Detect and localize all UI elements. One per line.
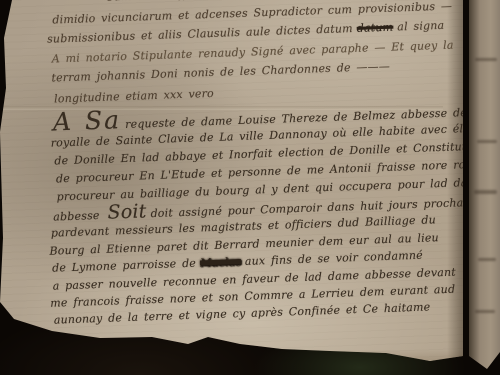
line-text: submissionibus et aliis Clausulis aule d… xyxy=(47,22,353,46)
paragraph-initial: A Sa xyxy=(52,105,121,136)
ink-bleedthrough-mark xyxy=(475,310,495,313)
handwritten-text-block: Cam ana Caffinis Gauja cor mis cum dimid… xyxy=(0,0,469,367)
crossed-out-word: datum xyxy=(357,21,394,35)
adjacent-page-edge xyxy=(469,0,500,369)
ink-bleedthrough-mark xyxy=(477,140,497,143)
ink-bleedthrough-mark xyxy=(474,190,497,194)
manuscript-page: Cam ana Caffinis Gauja cor mis cum dimid… xyxy=(0,0,463,366)
line-text: abbesse xyxy=(53,209,100,224)
ink-bleedthrough-mark xyxy=(478,258,496,261)
line-text: al signa xyxy=(397,19,444,34)
line-text: Cam ana Caffinis Gauj xyxy=(105,0,240,4)
emphasized-word: Soit xyxy=(107,200,147,223)
line-text: aux fins de se voir condamné xyxy=(245,249,423,268)
line-text: de Lymone parroisse de xyxy=(52,257,196,275)
crossed-out-word: Maclas xyxy=(200,255,241,269)
ink-bleedthrough-mark xyxy=(475,58,497,61)
